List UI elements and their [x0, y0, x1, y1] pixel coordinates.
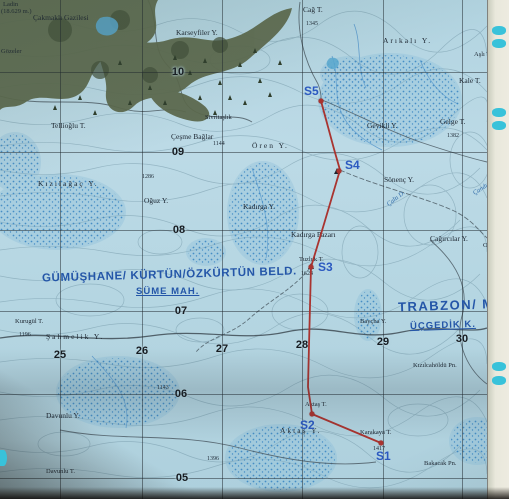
topographic-map-photo: 252627282930100908070605 Ladin(18.629 m.… [0, 0, 509, 499]
photo-vignette [0, 0, 509, 499]
cyan-margin-mark [492, 26, 506, 35]
cyan-margin-mark [492, 121, 506, 130]
map-sheet-margin [487, 0, 509, 499]
cyan-margin-mark [492, 362, 506, 371]
cyan-margin-mark [0, 450, 7, 466]
cyan-margin-mark [492, 39, 506, 48]
cyan-margin-mark [492, 108, 506, 117]
cyan-margin-mark [492, 376, 506, 385]
photo-bottom-edge [0, 487, 509, 499]
